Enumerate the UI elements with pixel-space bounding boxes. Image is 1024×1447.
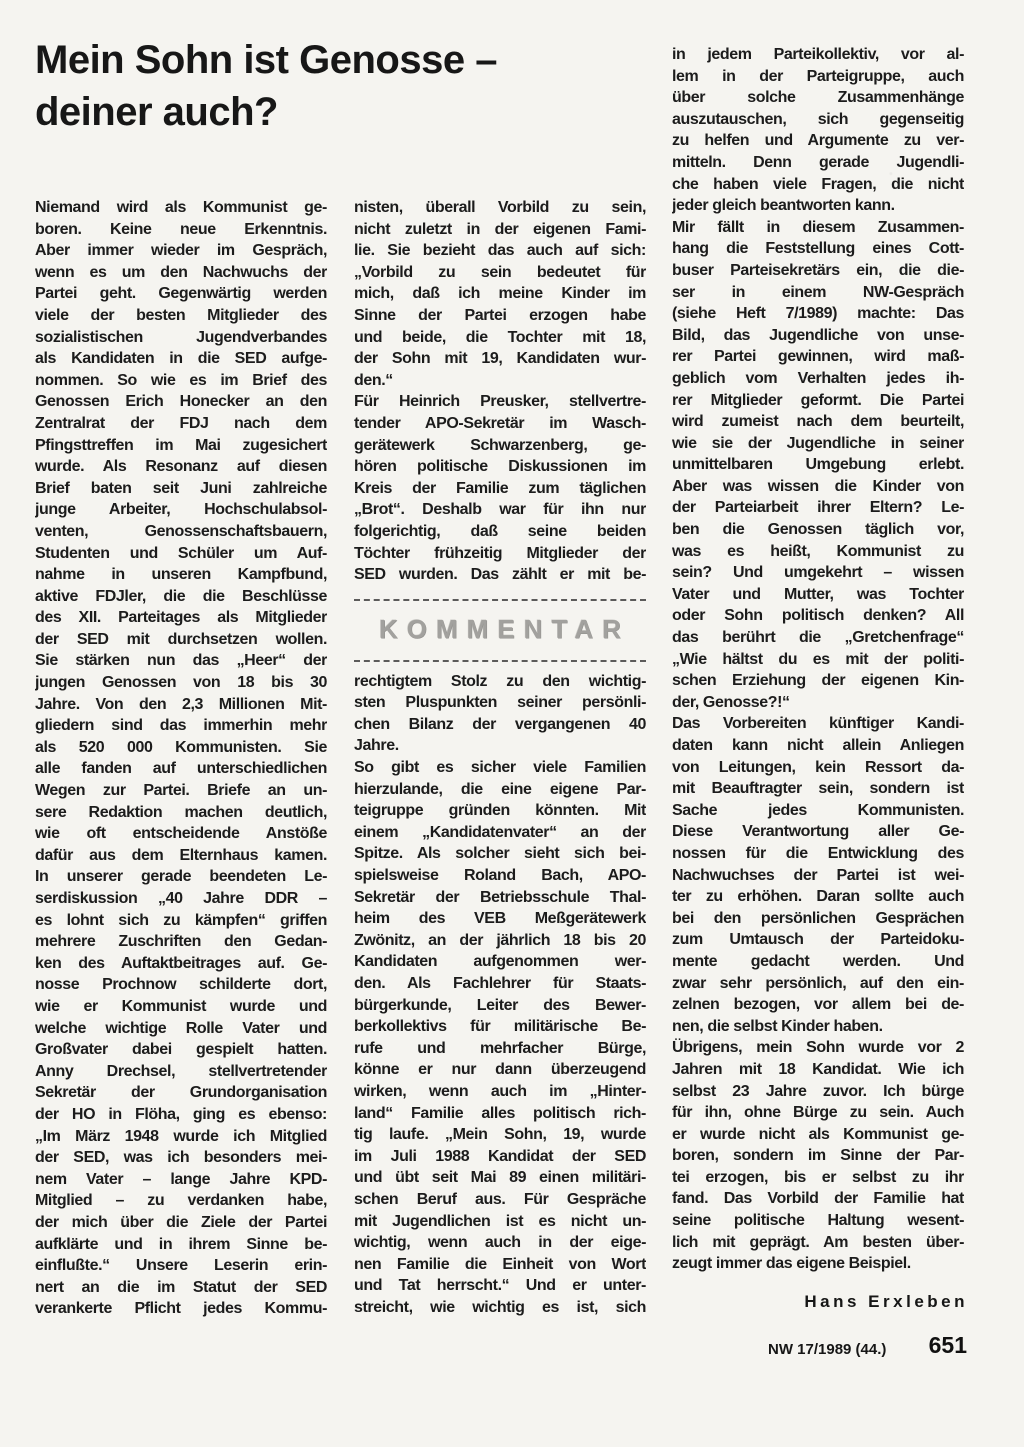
article-title-line-1: Mein Sohn ist Genosse – xyxy=(35,34,635,86)
kommentar-box: KOMMENTAR xyxy=(354,599,646,662)
text-line: mit Jugendlichen ist es nicht un- xyxy=(354,1211,646,1233)
text-line: Mir fällt in diesem Zusammen- xyxy=(672,217,964,239)
text-line: lem in der Parteigruppe, auch xyxy=(672,66,964,88)
text-line: in jedem Parteikollektiv, vor al- xyxy=(672,44,964,66)
text-line: Studenten und Schüler um Auf- xyxy=(35,543,327,565)
text-line: ser in einem NW-Gespräch xyxy=(672,282,964,304)
text-line: schen Beruf aus. Für Gespräche xyxy=(354,1189,646,1211)
text-line: wie er Kommunist wurde und xyxy=(35,996,327,1018)
text-line: folgerichtig, daß seine beiden xyxy=(354,521,646,543)
text-line: ken des Auftaktbeitrages auf. Ge- xyxy=(35,953,327,975)
text-line: tei erzogen, bis er selbst zu ihr xyxy=(672,1167,964,1189)
text-line: im Juli 1988 Kandidat der SED xyxy=(354,1146,646,1168)
text-line: fand. Das Vorbild der Familie hat xyxy=(672,1188,964,1210)
text-line: gliedern sind das immerhin mehr xyxy=(35,715,327,737)
text-line: venten, Genossenschaftsbauern, xyxy=(35,521,327,543)
text-line: So gibt es sicher viele Familien xyxy=(354,757,646,779)
text-line: den. Als Fachlehrer für Staats- xyxy=(354,973,646,995)
text-line: rer Partei gewinnen, wird maß- xyxy=(672,346,964,368)
text-line: Kreis der Familie zum täglichen xyxy=(354,478,646,500)
text-line: dafür aus dem Elternhaus kamen. xyxy=(35,845,327,867)
text-line: rer Mitglieder geformt. Die Partei xyxy=(672,390,964,412)
text-line: mehrere Zuschriften den Gedan- xyxy=(35,931,327,953)
text-line: buser Parteisekretärs ein, die die- xyxy=(672,260,964,282)
text-line: einflußte.“ Unsere Leserin erin- xyxy=(35,1255,327,1277)
text-line: jungen Genossen von 18 bis 30 xyxy=(35,672,327,694)
text-line: Partei geht. Gegenwärtig werden xyxy=(35,283,327,305)
text-line: schen Erziehung der eigenen Kin- xyxy=(672,670,964,692)
text-line: Sache jedes Kommunisten. xyxy=(672,800,964,822)
text-line: junge Arbeiter, Hochschulabsol- xyxy=(35,499,327,521)
text-line: der SED, was ich besonders mei- xyxy=(35,1147,327,1169)
text-line: chen Bilanz der vergangenen 40 xyxy=(354,714,646,736)
footer-page-number: 651 xyxy=(929,1332,967,1359)
text-line: Mitglied – zu verdanken habe, xyxy=(35,1190,327,1212)
article-title-line-2: deiner auch? xyxy=(35,86,635,138)
kommentar-label: KOMMENTAR xyxy=(354,601,646,660)
text-line: wie sie der Jugendliche in seiner xyxy=(672,433,964,455)
text-line: rechtigtem Stolz zu den wichtig- xyxy=(354,671,646,693)
text-line: zeugt immer das eigene Beispiel. xyxy=(672,1253,964,1275)
text-line: geblich vom Verhalten jedes ih- xyxy=(672,368,964,390)
text-line: sein? Und umgekehrt – wissen xyxy=(672,562,964,584)
text-line: berkollektivs für militärische Be- xyxy=(354,1016,646,1038)
text-line: und Tat herrscht.“ Und er unter- xyxy=(354,1275,646,1297)
text-line: zwar sehr persönlich, auf den ein- xyxy=(672,973,964,995)
text-line: auszutauschen, sich gegenseitig xyxy=(672,109,964,131)
text-line: nahme in unseren Kampfbund, xyxy=(35,564,327,586)
text-line: wird zumeist nach dem beurteilt, xyxy=(672,411,964,433)
text-line: Zentralrat der FDJ nach dem xyxy=(35,413,327,435)
text-column-2: nisten, überall Vorbild zu sein,nicht zu… xyxy=(354,197,646,1319)
text-line: „Im März 1948 wurde ich Mitglied xyxy=(35,1126,327,1148)
text-line: Bild, das Jugendliche von unse- xyxy=(672,325,964,347)
text-line: Sekretär der Grundorganisation xyxy=(35,1082,327,1104)
text-line: er wurde nicht als Kommunist ge- xyxy=(672,1124,964,1146)
text-line: sere Redaktion machen deutlich, xyxy=(35,802,327,824)
text-line: (siehe Heft 7/1989) machte: Das xyxy=(672,303,964,325)
text-line: Sekretär der Betriebsschule Thal- xyxy=(354,887,646,909)
text-line: könne er nur dann überzeugend xyxy=(354,1059,646,1081)
text-line: Diese Verantwortung aller Ge- xyxy=(672,821,964,843)
text-line: bürgerkunde, Leiter des Bewer- xyxy=(354,995,646,1017)
text-line: wurde. Als Resonanz auf diesen xyxy=(35,456,327,478)
text-line: des XII. Parteitages als Mitglieder xyxy=(35,607,327,629)
text-line: serdiskussion „40 Jahre DDR – xyxy=(35,888,327,910)
text-line: daten kann nicht allein Anliegen xyxy=(672,735,964,757)
text-line: Kandidaten aufgenommen wer- xyxy=(354,951,646,973)
text-line: oder Sohn politisch denken? All xyxy=(672,605,964,627)
text-line: Pfingsttreffen im Mai zugesichert xyxy=(35,435,327,457)
text-line: selbst 23 Jahre zuvor. Ich bürge xyxy=(672,1081,964,1103)
text-line: wichtig, wenn auch in der eige- xyxy=(354,1232,646,1254)
text-line: mich, daß ich meine Kinder im xyxy=(354,283,646,305)
text-line: In unserer gerade beendeten Le- xyxy=(35,866,327,888)
text-line: wenn es um den Nachwuchs der xyxy=(35,262,327,284)
text-line: Zwönitz, an der jährlich 18 bis 20 xyxy=(354,930,646,952)
text-line: es lohnt sich zu kämpfen“ griffen xyxy=(35,910,327,932)
text-line: che haben viele Fragen, die nicht xyxy=(672,174,964,196)
text-line: sten Pluspunkten seiner persönli- xyxy=(354,692,646,714)
text-line: gerätewerk Schwarzenberg, ge- xyxy=(354,435,646,457)
text-line: Übrigens, mein Sohn wurde vor 2 xyxy=(672,1037,964,1059)
text-line: der, Genosse?!“ xyxy=(672,692,964,714)
text-line: Genossen Erich Honecker an den xyxy=(35,391,327,413)
text-line: nosse Prochnow schilderte dort, xyxy=(35,974,327,996)
text-line: was es heißt, Kommunist zu xyxy=(672,541,964,563)
text-line: spielsweise Roland Bach, APO- xyxy=(354,865,646,887)
text-line: von Leitungen, kein Ressort da- xyxy=(672,757,964,779)
text-line: SED wurden. Das zählt er mit be- xyxy=(354,564,646,586)
text-line: verankerte Pflicht jedes Kommu- xyxy=(35,1298,327,1320)
text-line: aktive FDJler, die die Beschlüsse xyxy=(35,586,327,608)
text-line: Jahre. Von den 2,3 Millionen Mit- xyxy=(35,694,327,716)
text-line: nen, die selbst Kinder haben. xyxy=(672,1016,964,1038)
text-line: Sinne der Partei erzogen habe xyxy=(354,305,646,327)
text-line: „Vorbild zu sein bedeutet für xyxy=(354,262,646,284)
text-line: Spitze. Als solcher sieht sich bei- xyxy=(354,843,646,865)
text-line: tig laufe. „Mein Sohn, 19, wurde xyxy=(354,1124,646,1146)
text-line: einem „Kandidatenvater“ an der xyxy=(354,822,646,844)
text-line: land“ Familie alles politisch rich- xyxy=(354,1103,646,1125)
text-line: ben die Genossen täglich vor, xyxy=(672,519,964,541)
text-line: Sie stärken nun das „Heer“ der xyxy=(35,650,327,672)
text-line: Vater und Mutter, was Tochter xyxy=(672,584,964,606)
text-line: unmittelbaren Umgebung erlebt. xyxy=(672,454,964,476)
text-line: wirken, wenn auch im „Hinter- xyxy=(354,1081,646,1103)
text-line: der SED mit durchsetzen wollen. xyxy=(35,629,327,651)
text-line: „Brot“. Deshalb war für ihn nur xyxy=(354,499,646,521)
text-column-3: in jedem Parteikollektiv, vor al-lem in … xyxy=(672,44,964,1275)
text-line: welche wichtige Rolle Vater und xyxy=(35,1018,327,1040)
text-line: Jahre. xyxy=(354,735,646,757)
text-line: rufe und mehrfacher Bürge, xyxy=(354,1038,646,1060)
text-line: bei den persönlichen Gesprächen xyxy=(672,908,964,930)
text-line: zum Umtausch der Parteidoku- xyxy=(672,929,964,951)
text-line: nen Familie die Einheit von Wort xyxy=(354,1254,646,1276)
text-line: boren. Keine neue Erkenntnis. xyxy=(35,219,327,241)
text-line: der mich über die Ziele der Partei xyxy=(35,1212,327,1234)
text-line: der HO in Flöha, ging es ebenso: xyxy=(35,1104,327,1126)
text-line: mitteln. Denn gerade Jugendli- xyxy=(672,152,964,174)
text-column-2-upper: nisten, überall Vorbild zu sein,nicht zu… xyxy=(354,197,646,586)
text-line: nem Vater – lange Jahre KPD- xyxy=(35,1169,327,1191)
text-line: zelnen bezogen, vor allem bei de- xyxy=(672,994,964,1016)
text-line: nommen. So wie es im Brief des xyxy=(35,370,327,392)
text-line: der Parteiarbeit ihrer Eltern? Le- xyxy=(672,497,964,519)
text-line: hang die Feststellung eines Cott- xyxy=(672,238,964,260)
text-line: ter zu erhöhen. Daran sollte auch xyxy=(672,886,964,908)
footer-issue-label: NW 17/1989 (44.) xyxy=(768,1341,886,1358)
text-line: nert an die im Statut der SED xyxy=(35,1277,327,1299)
text-line: Jahren mit 18 Kandidat. Wie ich xyxy=(672,1059,964,1081)
text-line: den.“ xyxy=(354,370,646,392)
text-line: Großvater dabei gespielt hatten. xyxy=(35,1039,327,1061)
text-line: Für Heinrich Preusker, stellvertre- xyxy=(354,391,646,413)
text-line: lie. Sie bezieht das auch auf sich: xyxy=(354,240,646,262)
text-line: boren, sondern im Sinne der Par- xyxy=(672,1145,964,1167)
text-line: das berührt die „Gretchenfrage“ xyxy=(672,627,964,649)
text-line: nossen für die Entwicklung des xyxy=(672,843,964,865)
text-line: sozialistischen Jugendverbandes xyxy=(35,327,327,349)
text-line: aufklärte und in ihrem Sinne be- xyxy=(35,1234,327,1256)
text-line: Aber immer wieder im Gespräch, xyxy=(35,240,327,262)
text-column-1: Niemand wird als Kommunist ge-boren. Kei… xyxy=(35,197,327,1320)
text-line: Anny Drechsel, stellvertretender xyxy=(35,1061,327,1083)
text-line: der Sohn mit 19, Kandidaten wur- xyxy=(354,348,646,370)
text-line: heim des VEB Meßgerätewerk xyxy=(354,908,646,930)
text-line: und übt seit Mai 89 einen militäri- xyxy=(354,1167,646,1189)
text-line: zu helfen und Argumente zu ver- xyxy=(672,130,964,152)
text-column-2-lower: rechtigtem Stolz zu den wichtig-sten Plu… xyxy=(354,671,646,1319)
text-line: über solche Zusammenhänge xyxy=(672,87,964,109)
text-line: lich mit geprägt. Am besten über- xyxy=(672,1232,964,1254)
text-line: jeder gleich beantworten kann. xyxy=(672,195,964,217)
text-line: seine politische Haltung wesent- xyxy=(672,1210,964,1232)
text-line: alle fanden auf unterschiedlichen xyxy=(35,758,327,780)
kommentar-divider-bottom xyxy=(354,660,646,662)
text-line: als 520 000 Kommunisten. Sie xyxy=(35,737,327,759)
text-line: wie oft entscheidende Anstöße xyxy=(35,823,327,845)
text-line: Niemand wird als Kommunist ge- xyxy=(35,197,327,219)
text-line: als Kandidaten in die SED aufge- xyxy=(35,348,327,370)
magazine-page: Mein Sohn ist Genosse – deiner auch? Nie… xyxy=(0,0,1024,1447)
text-line: Brief baten seit Juni zahlreiche xyxy=(35,478,327,500)
text-line: viele der besten Mitglieder des xyxy=(35,305,327,327)
text-line: „Wie hältst du es mit der politi- xyxy=(672,649,964,671)
text-line: streicht, wie wichtig es ist, sich xyxy=(354,1297,646,1319)
text-line: Nachwuchses der Partei ist wei- xyxy=(672,865,964,887)
article-title: Mein Sohn ist Genosse – deiner auch? xyxy=(35,34,635,138)
text-line: mit Beauftragter sein, sondern ist xyxy=(672,778,964,800)
text-line: teigruppe gründen könnten. Mit xyxy=(354,800,646,822)
text-line: mente gedacht werden. Und xyxy=(672,951,964,973)
text-line: tender APO-Sekretär im Wasch- xyxy=(354,413,646,435)
text-line: hierzulande, die eine eigene Par- xyxy=(354,779,646,801)
text-line: für ihn, ohne Bürge zu sein. Auch xyxy=(672,1102,964,1124)
text-line: nicht zuletzt in der eigenen Fami- xyxy=(354,219,646,241)
author-signature: Hans Erxleben xyxy=(672,1292,968,1312)
text-line: Aber was wissen die Kinder von xyxy=(672,476,964,498)
text-line: Das Vorbereiten künftiger Kandi- xyxy=(672,713,964,735)
text-line: und beide, die Tochter mit 18, xyxy=(354,327,646,349)
text-line: Wegen zur Partei. Briefe an un- xyxy=(35,780,327,802)
text-line: Töchter frühzeitig Mitglieder der xyxy=(354,543,646,565)
text-line: hören politische Diskussionen im xyxy=(354,456,646,478)
text-line: nisten, überall Vorbild zu sein, xyxy=(354,197,646,219)
